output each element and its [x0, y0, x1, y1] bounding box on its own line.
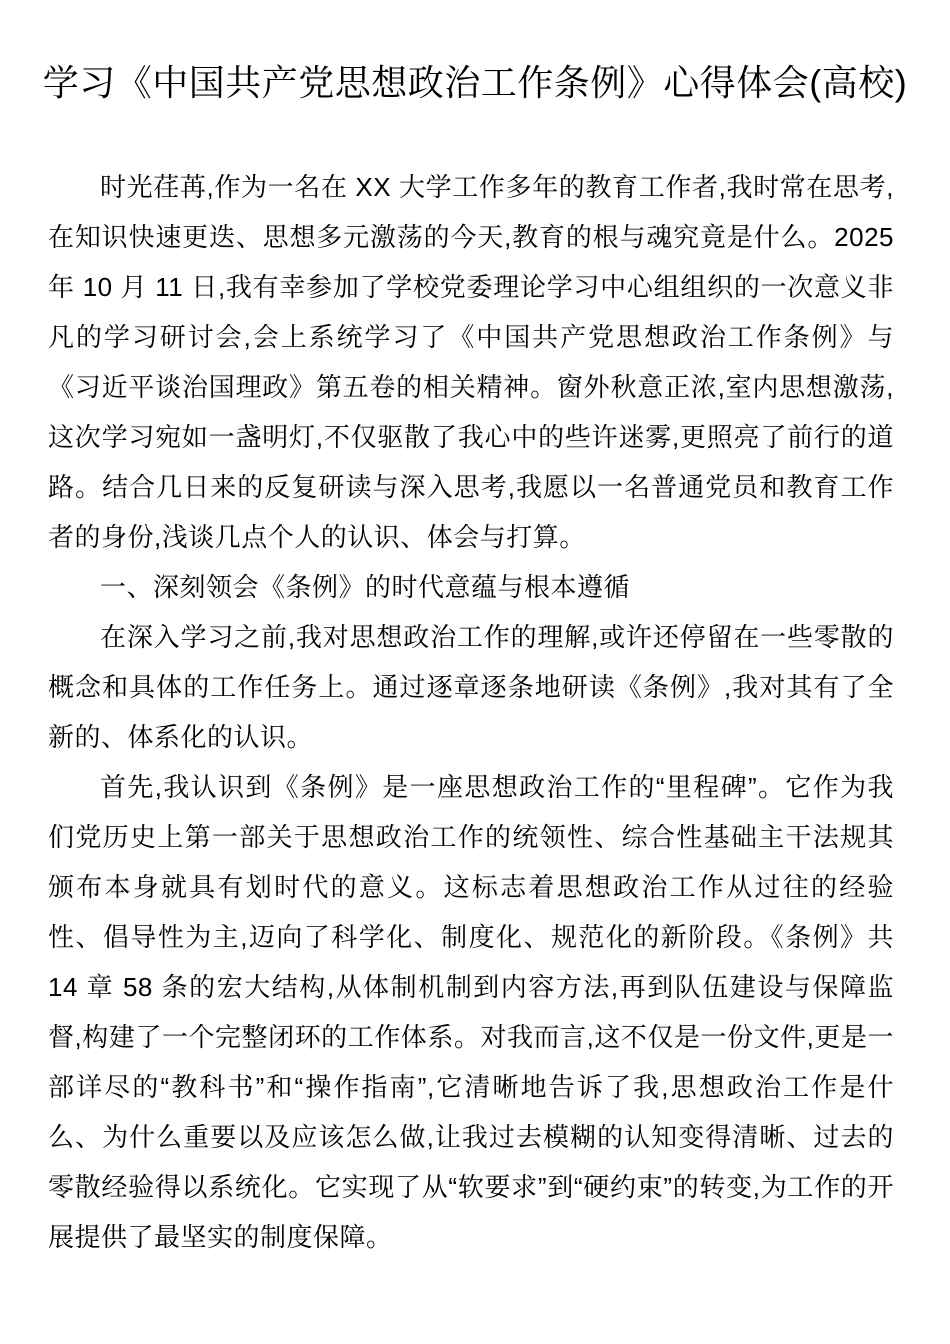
section-heading-1: 一、深刻领会《条例》的时代意蕴与根本遵循: [48, 562, 894, 612]
paragraph-initial-understanding: 在深入学习之前,我对思想政治工作的理解,或许还停留在一些零散的概念和具体的工作任…: [48, 612, 894, 762]
document-body: 时光荏苒,作为一名在 XX 大学工作多年的教育工作者,我时常在思考,在知识快速更…: [0, 162, 950, 1262]
document-title: 学习《中国共产党思想政治工作条例》心得体会(高校): [28, 52, 922, 114]
document-page: 学习《中国共产党思想政治工作条例》心得体会(高校) 时光荏苒,作为一名在 XX …: [0, 0, 950, 1344]
paragraph-milestone: 首先,我认识到《条例》是一座思想政治工作的“里程碑”。它作为我们党历史上第一部关…: [48, 762, 894, 1262]
paragraph-intro: 时光荏苒,作为一名在 XX 大学工作多年的教育工作者,我时常在思考,在知识快速更…: [48, 162, 894, 562]
